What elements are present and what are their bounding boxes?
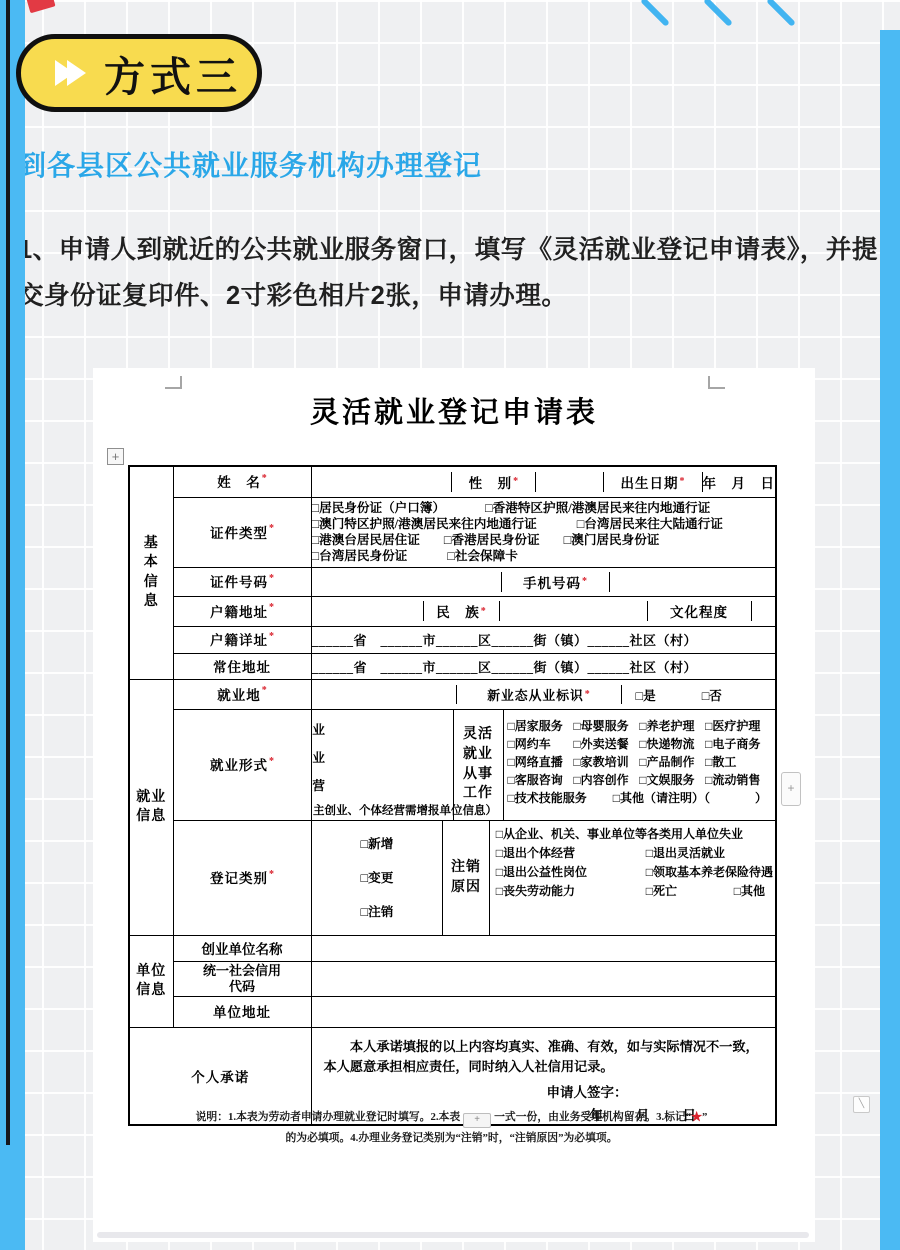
required-mark: * [269, 523, 274, 534]
checkbox-option: □香港特区护照/港澳居民来往内地通行证 [485, 500, 710, 516]
field-label-ethnic: 民 族* [424, 601, 500, 621]
checkbox-option: □家教培训 [573, 753, 639, 771]
cancel-reason-options: □从企业、机关、事业单位等各类用人单位失业 □退出个体经营□退出灵活就业 □退出… [490, 821, 775, 935]
blank-cell [610, 572, 776, 592]
method-badge: 方式三 [16, 34, 262, 112]
left-accent-line [6, 0, 10, 1145]
resize-handle-icon[interactable]: ╲ [853, 1096, 870, 1113]
field-label-new-biz: 新业态从业标识* [457, 685, 622, 704]
checkbox-option: □网络直播 [508, 753, 574, 771]
checkbox-option: □文娱服务 [639, 771, 705, 789]
address-line: ______省 ______市______区______街（镇）______社区… [311, 626, 776, 653]
required-mark: * [262, 685, 267, 696]
section-heading: 到各县区公共就业服务机构办理登记 [18, 144, 482, 184]
section-label-line: 单位 [130, 962, 173, 982]
cert-type-options: □居民身份证（户口簿）□香港特区护照/港澳居民来往内地通行证 □澳门特区护照/港… [311, 497, 776, 567]
diagonal-stroke-icon [703, 0, 733, 27]
section-label-line: 息 [130, 592, 173, 612]
checkbox-option: □香港居民身份证 [444, 532, 540, 548]
vertical-label-line: 就业 [463, 745, 493, 765]
field-label-job-form: 就业形式* [173, 709, 311, 820]
field-label-hukou-detail: 户籍详址* [173, 626, 311, 653]
row-name: 性 别* 出生日期* 年 月 日 [311, 466, 776, 497]
crop-mark-left [165, 376, 182, 389]
section-label-unit: 单位信息 [129, 935, 173, 1027]
checkbox-option: □退出公益性岗位 [496, 863, 646, 882]
checkbox-option: □否 [702, 685, 722, 704]
job-form-options: □灵活就业□自主创业□个体经营 （勾选自主创业、个体经营需增报单位信息） [312, 710, 454, 820]
form-title: 灵活就业登记申请表 [93, 390, 815, 431]
checkbox-option: □流动销售 [705, 771, 771, 789]
required-mark: * [269, 573, 274, 584]
required-mark: * [269, 602, 274, 613]
row-hukou: 民 族* 文化程度 [311, 596, 776, 626]
checkbox-option: □台湾居民身份证 [312, 548, 408, 564]
checkbox-option: □注销 [361, 901, 394, 920]
blank-cell [500, 601, 648, 621]
blank-cell [312, 472, 453, 492]
blank-cell [311, 996, 776, 1027]
field-label-gender: 性 别* [452, 472, 535, 492]
table-move-handle-icon[interactable]: + [107, 448, 124, 465]
row-cert-no: 手机号码* [311, 567, 776, 596]
required-mark: * [262, 473, 267, 484]
vertical-label-line: 原因 [451, 878, 481, 898]
body-paragraph-line: 1、申请人到就近的公共就业服务窗口，填写《灵活就业登记申请表》，并提 [18, 230, 894, 266]
field-label-unit-addr: 单位地址 [173, 996, 311, 1027]
checkbox-option: □医疗护理 [705, 717, 771, 735]
body-paragraph-line: 交身份证复印件、2寸彩色相片2张，申请办理。 [18, 276, 894, 312]
document-page: 灵活就业登记申请表 + 基本信息 姓 名* 性 别* 出生日期* [93, 368, 815, 1242]
checkbox-option: □网约车 [508, 735, 574, 753]
checkbox-option: □技术技能服务 [508, 789, 587, 807]
checkbox-option: □居民身份证（户口簿） [312, 500, 446, 516]
infographic-page: { "colors": { "accent_blue": "#2aa7e8", … [0, 0, 900, 1250]
field-label-phone: 手机号码* [502, 572, 610, 592]
checkbox-option: □港澳台居民居住证 [312, 532, 420, 548]
checkbox-option: □澳门特区护照/港澳居民来往内地通行证 [312, 516, 537, 532]
section-label-line: 基 [130, 534, 173, 554]
blank-cell [311, 935, 776, 961]
checkbox-option: □领取基本养老保险待遇 [646, 863, 773, 882]
vertical-label-cancel-reason: 注销原因 [443, 821, 489, 935]
checkbox-option: □其他（请注明）（ [613, 789, 710, 807]
vertical-label-flex-work: 灵活就业从事工作 [454, 710, 504, 820]
checkbox-option: □台湾居民来往大陆通行证 [577, 516, 723, 532]
section-label-line: 信 [130, 573, 173, 593]
reg-type-options: □新增□变更□注销 [312, 821, 444, 935]
horizontal-scrollbar[interactable] [97, 1232, 809, 1238]
field-label-education: 文化程度 [648, 601, 752, 621]
section-label-line: 就业 [130, 788, 173, 808]
section-label-line: 信息 [130, 981, 173, 1001]
play-icon [67, 60, 86, 86]
checkbox-option: □散工 [705, 753, 771, 771]
field-label-hukou: 户籍地址* [173, 596, 311, 626]
required-mark: * [269, 631, 274, 642]
section-label-line: 本 [130, 553, 173, 573]
footnote-text: 的为必填项。4.办理业务登记类别为“注销”时，“注销原因”为必填项。 [285, 1132, 617, 1144]
required-mark: * [481, 606, 486, 617]
blank-cell [312, 601, 424, 621]
badge-label: 方式三 [104, 44, 242, 103]
field-label-name: 姓 名* [173, 466, 311, 497]
side-scroll-handle-icon[interactable]: + [781, 772, 801, 806]
vertical-label-line: 工作 [463, 784, 493, 804]
section-label-basic: 基本信息 [129, 466, 173, 679]
checkbox-option: □退出灵活就业 [646, 844, 725, 863]
birth-ymd-cell: 年 月 日 [703, 472, 776, 492]
field-label-residence: 常住地址 [173, 653, 311, 679]
sign-label: 申请人签字： [312, 1081, 776, 1101]
blank-cell [536, 472, 604, 492]
new-biz-yes-no: □是 □否 [622, 685, 776, 704]
required-mark: * [513, 476, 518, 487]
field-label-birth: 出生日期* [604, 472, 703, 492]
required-mark: * [582, 576, 587, 587]
row-job-place: 新业态从业标识* □是 □否 [311, 679, 776, 709]
section-label-employment: 就业信息 [129, 679, 173, 935]
bracket-close: ） [755, 789, 767, 807]
right-accent-bar [880, 30, 900, 1250]
field-label-reg-type: 登记类别* [173, 820, 311, 935]
footnote-text: 一式一份，由业务受理机构留存。3.标记“ [494, 1111, 691, 1123]
blank-cell [312, 685, 457, 704]
diagonal-stroke-icon [640, 0, 670, 27]
field-label-unit-name: 创业单位名称 [173, 935, 311, 961]
blank-cell [311, 961, 776, 996]
checkbox-option: □澳门居民身份证 [564, 532, 660, 548]
vertical-label-line: 从事 [463, 765, 493, 785]
checkbox-option: □新增 [361, 833, 394, 852]
vertical-label-line: 注销 [451, 858, 481, 878]
checkbox-option: □从企业、机关、事业单位等各类用人单位失业 [496, 825, 743, 844]
row-reg-type: □新增□变更□注销 注销原因 □从企业、机关、事业单位等各类用人单位失业 □退出… [311, 820, 776, 935]
checkbox-option: □死亡 [646, 882, 734, 901]
registration-form-table: 基本信息 姓 名* 性 别* 出生日期* 年 月 日 [128, 465, 777, 1126]
vertical-label-line: 灵活 [463, 725, 493, 745]
form-footnote: 说明：1.本表为劳动者申请办理就业登记时填写。2.本表+一式一份，由业务受理机构… [128, 1107, 775, 1149]
field-label-credit-code: 统一社会信用 代码 [173, 961, 311, 996]
checkbox-option: □居家服务 [508, 717, 574, 735]
red-flag-decoration [26, 0, 55, 13]
address-line: ______省 ______市______区______街（镇）______社区… [311, 653, 776, 679]
field-label-cert-type: 证件类型* [173, 497, 311, 567]
crop-mark-right [708, 376, 725, 389]
blank-cell [752, 601, 776, 621]
checkbox-option: □客服咨询 [508, 771, 574, 789]
pledge-text: 本人承诺填报的以上内容均真实、准确、有效，如与实际情况不一致，本人愿意承担相应责… [312, 1028, 776, 1077]
checkbox-option: □是 [636, 685, 656, 704]
checkbox-option: □社会保障卡 [447, 548, 518, 564]
row-job-form: □灵活就业□自主创业□个体经营 （勾选自主创业、个体经营需增报单位信息） 灵活就… [311, 709, 776, 820]
field-label-job-place: 就业地* [173, 679, 311, 709]
footnote-text: ” [702, 1111, 707, 1123]
required-mark: * [585, 689, 590, 700]
left-accent-bar [0, 0, 25, 1250]
section-label-line: 信息 [130, 807, 173, 827]
checkbox-option: □产品制作 [639, 753, 705, 771]
diagonal-stroke-icon [766, 0, 796, 27]
checkbox-option: □养老护理 [639, 717, 705, 735]
flex-work-options: □居家服务□母婴服务□养老护理□医疗护理□网约车□外卖送餐□快递物流□电子商务□… [504, 710, 776, 820]
checkbox-option: □退出个体经营 [496, 844, 646, 863]
star-required-mark: ★ [691, 1111, 702, 1123]
checkbox-option: □电子商务 [705, 735, 771, 753]
checkbox-option: □母婴服务 [573, 717, 639, 735]
checkbox-option: □内容创作 [573, 771, 639, 789]
field-label-cert-no: 证件号码* [173, 567, 311, 596]
checkbox-option: □其他 [734, 882, 765, 901]
checkbox-option: □丧失劳动能力 [496, 882, 646, 901]
checkbox-option: □快递物流 [639, 735, 705, 753]
plus-handle-icon[interactable]: + [463, 1113, 491, 1128]
checkbox-option: □变更 [361, 867, 394, 886]
checkbox-option: □外卖送餐 [573, 735, 639, 753]
required-mark: * [269, 756, 274, 767]
footnote-text: 说明：1.本表为劳动者申请办理就业登记时填写。2.本表 [196, 1111, 461, 1123]
blank-cell [312, 572, 502, 592]
required-mark: * [269, 869, 274, 880]
required-mark: * [680, 476, 685, 487]
